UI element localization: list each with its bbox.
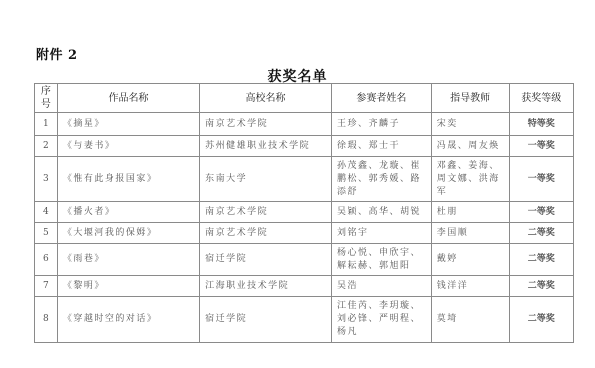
table-row: 8 《穿越时空的对话》 宿迁学院 江佳芮、李玥璇、刘必锋、严明程、杨凡 莫埼 二…	[35, 297, 574, 343]
participants: 徐瑕、郑士干	[332, 136, 432, 157]
row-number: 7	[35, 276, 58, 297]
teacher: 李国顺	[431, 223, 509, 244]
participants: 杨心悦、申欣宇、解耘赫、郭旭阳	[332, 244, 432, 276]
row-number: 4	[35, 202, 58, 223]
header-number: 序号	[35, 84, 58, 113]
award-level: 二等奖	[509, 297, 573, 343]
school-name: 南京艺术学院	[200, 113, 332, 136]
work-title: 《惟有此身报国家》	[57, 157, 199, 202]
teacher: 戴婷	[431, 244, 509, 276]
award-level: 特等奖	[509, 113, 573, 136]
teacher: 杜朋	[431, 202, 509, 223]
table-row: 3 《惟有此身报国家》 东南大学 孙茂鑫、龙璇、崔鹏松、郭秀媛、路添舒 邓鑫、姜…	[35, 157, 574, 202]
teacher: 莫埼	[431, 297, 509, 343]
award-level: 一等奖	[509, 136, 573, 157]
participants: 孙茂鑫、龙璇、崔鹏松、郭秀媛、路添舒	[332, 157, 432, 202]
row-number: 2	[35, 136, 58, 157]
award-level: 一等奖	[509, 202, 573, 223]
table-row: 5 《大堰河我的保姆》 南京艺术学院 刘铭宇 李国顺 二等奖	[35, 223, 574, 244]
school-name: 南京艺术学院	[200, 223, 332, 244]
header-award: 获奖等级	[509, 84, 573, 113]
table-row: 1 《摘星》 南京艺术学院 王珍、齐麟子 宋奕 特等奖	[35, 113, 574, 136]
school-name: 东南大学	[200, 157, 332, 202]
row-number: 3	[35, 157, 58, 202]
work-title: 《大堰河我的保姆》	[57, 223, 199, 244]
school-name: 宿迁学院	[200, 297, 332, 343]
header-work: 作品名称	[57, 84, 199, 113]
teacher: 邓鑫、姜海、周文娜、洪海军	[431, 157, 509, 202]
header-participants: 参赛者姓名	[332, 84, 432, 113]
teacher: 钱洋洋	[431, 276, 509, 297]
header-school: 高校名称	[200, 84, 332, 113]
participants: 刘铭宇	[332, 223, 432, 244]
table-row: 6 《雨巷》 宿迁学院 杨心悦、申欣宇、解耘赫、郭旭阳 戴婷 二等奖	[35, 244, 574, 276]
row-number: 6	[35, 244, 58, 276]
award-level: 二等奖	[509, 276, 573, 297]
school-name: 苏州健雄职业技术学院	[200, 136, 332, 157]
header-teacher: 指导教师	[431, 84, 509, 113]
award-level: 二等奖	[509, 244, 573, 276]
teacher: 冯晟、周友焕	[431, 136, 509, 157]
award-level: 二等奖	[509, 223, 573, 244]
participants: 江佳芮、李玥璇、刘必锋、严明程、杨凡	[332, 297, 432, 343]
row-number: 8	[35, 297, 58, 343]
teacher: 宋奕	[431, 113, 509, 136]
work-title: 《摘星》	[57, 113, 199, 136]
table-header-row: 序号 作品名称 高校名称 参赛者姓名 指导教师 获奖等级	[35, 84, 574, 113]
work-title: 《黎明》	[57, 276, 199, 297]
attachment-label: 附件 2	[36, 44, 78, 63]
participants: 吴浩	[332, 276, 432, 297]
work-title: 《播火者》	[57, 202, 199, 223]
row-number: 5	[35, 223, 58, 244]
participants: 王珍、齐麟子	[332, 113, 432, 136]
table-row: 2 《与妻书》 苏州健雄职业技术学院 徐瑕、郑士干 冯晟、周友焕 一等奖	[35, 136, 574, 157]
row-number: 1	[35, 113, 58, 136]
table-row: 4 《播火者》 南京艺术学院 吴颖、高华、胡锐 杜朋 一等奖	[35, 202, 574, 223]
participants: 吴颖、高华、胡锐	[332, 202, 432, 223]
school-name: 宿迁学院	[200, 244, 332, 276]
school-name: 南京艺术学院	[200, 202, 332, 223]
work-title: 《与妻书》	[57, 136, 199, 157]
awards-table: 序号 作品名称 高校名称 参赛者姓名 指导教师 获奖等级 1 《摘星》 南京艺术…	[34, 83, 574, 343]
table-row: 7 《黎明》 江海职业技术学院 吴浩 钱洋洋 二等奖	[35, 276, 574, 297]
school-name: 江海职业技术学院	[200, 276, 332, 297]
work-title: 《穿越时空的对话》	[57, 297, 199, 343]
award-level: 一等奖	[509, 157, 573, 202]
work-title: 《雨巷》	[57, 244, 199, 276]
